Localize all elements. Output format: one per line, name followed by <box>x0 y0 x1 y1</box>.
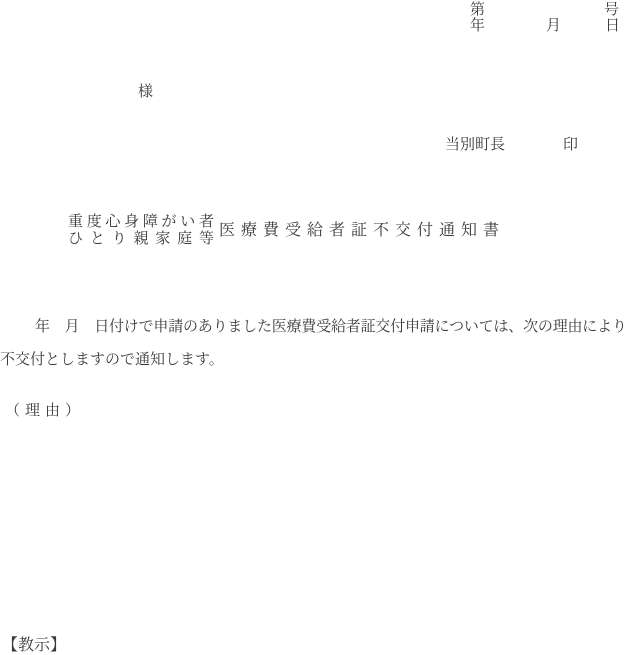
doc-number-suffix: 号 <box>604 2 619 17</box>
date-day-label: 日 <box>605 18 620 33</box>
body-paragraph-line1: 年 月 日付けで申請のありました医療費受給者証交付申請については、次の理由により <box>0 319 629 334</box>
doc-number-prefix: 第 <box>470 2 485 17</box>
sender-name: 当別町長 <box>445 137 505 152</box>
date-month-label: 月 <box>546 18 561 33</box>
body-paragraph-line2: 不交付としますので通知します。 <box>0 352 224 367</box>
document-title: 重度心身障がい者 ひとり親家庭等 医療費受給者証不交付通知書 <box>68 213 505 247</box>
title-qualifier-line1: 重度心身障がい者 <box>68 213 214 230</box>
sender-seal-label: 印 <box>563 137 578 152</box>
addressee-honorific: 様 <box>138 84 153 99</box>
title-main: 医療費受給者証不交付通知書 <box>219 222 505 238</box>
document-page: 第 号 年 月 日 様 当別町長 印 重度心身障がい者 ひとり親家庭等 医療費受… <box>0 0 629 655</box>
title-qualifier: 重度心身障がい者 ひとり親家庭等 <box>68 213 214 247</box>
date-year-label: 年 <box>470 18 485 33</box>
title-qualifier-line2: ひとり親家庭等 <box>68 230 214 247</box>
reason-label: （理由） <box>5 403 85 418</box>
instruction-heading: 【教示】 <box>2 637 66 653</box>
